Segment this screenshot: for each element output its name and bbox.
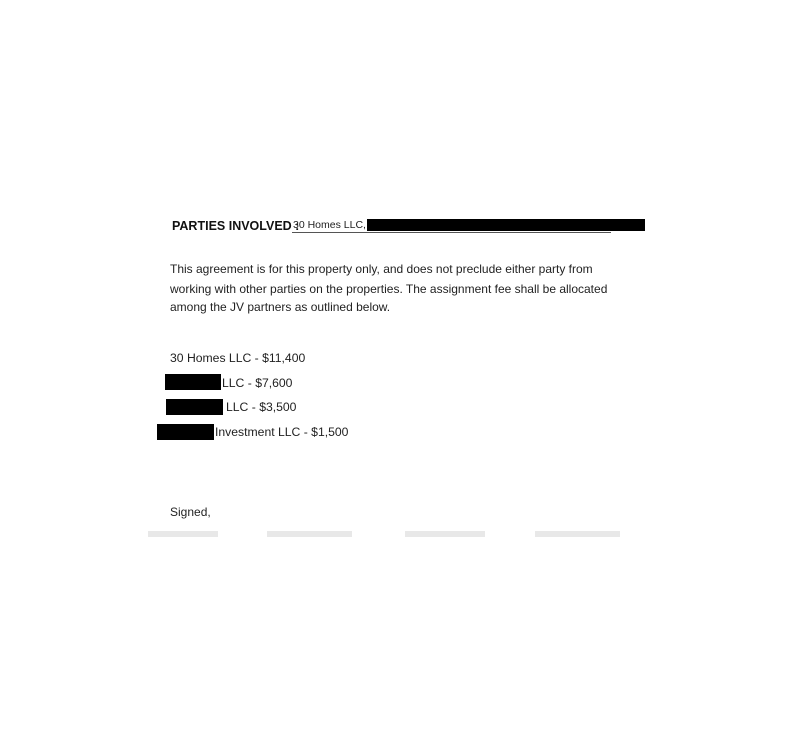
redaction-bar xyxy=(157,424,214,440)
redaction-bar xyxy=(367,219,645,231)
agreement-paragraph-line-3: among the JV partners as outlined below. xyxy=(170,300,390,314)
signature-name-fragment xyxy=(148,531,218,537)
allocation-item: LLC - $3,500 xyxy=(226,400,296,414)
allocation-item: LLC - $7,600 xyxy=(222,376,292,390)
allocation-item: 30 Homes LLC - $11,400 xyxy=(170,351,305,365)
signature-names-clipped xyxy=(140,529,640,537)
signature-name-fragment xyxy=(535,531,620,537)
parties-involved-label: PARTIES INVOLVED : xyxy=(172,219,299,233)
agreement-paragraph-line-1: This agreement is for this property only… xyxy=(170,262,593,276)
agreement-paragraph-line-2: working with other parties on the proper… xyxy=(170,282,607,296)
allocation-item: Investment LLC - $1,500 xyxy=(215,425,348,439)
signed-label: Signed, xyxy=(170,505,211,519)
parties-involved-value: 30 Homes LLC, xyxy=(293,219,366,231)
redaction-bar xyxy=(166,399,223,415)
signature-name-fragment xyxy=(267,531,352,537)
redaction-bar xyxy=(165,374,221,390)
parties-underline xyxy=(292,232,611,233)
signature-name-fragment xyxy=(405,531,485,537)
